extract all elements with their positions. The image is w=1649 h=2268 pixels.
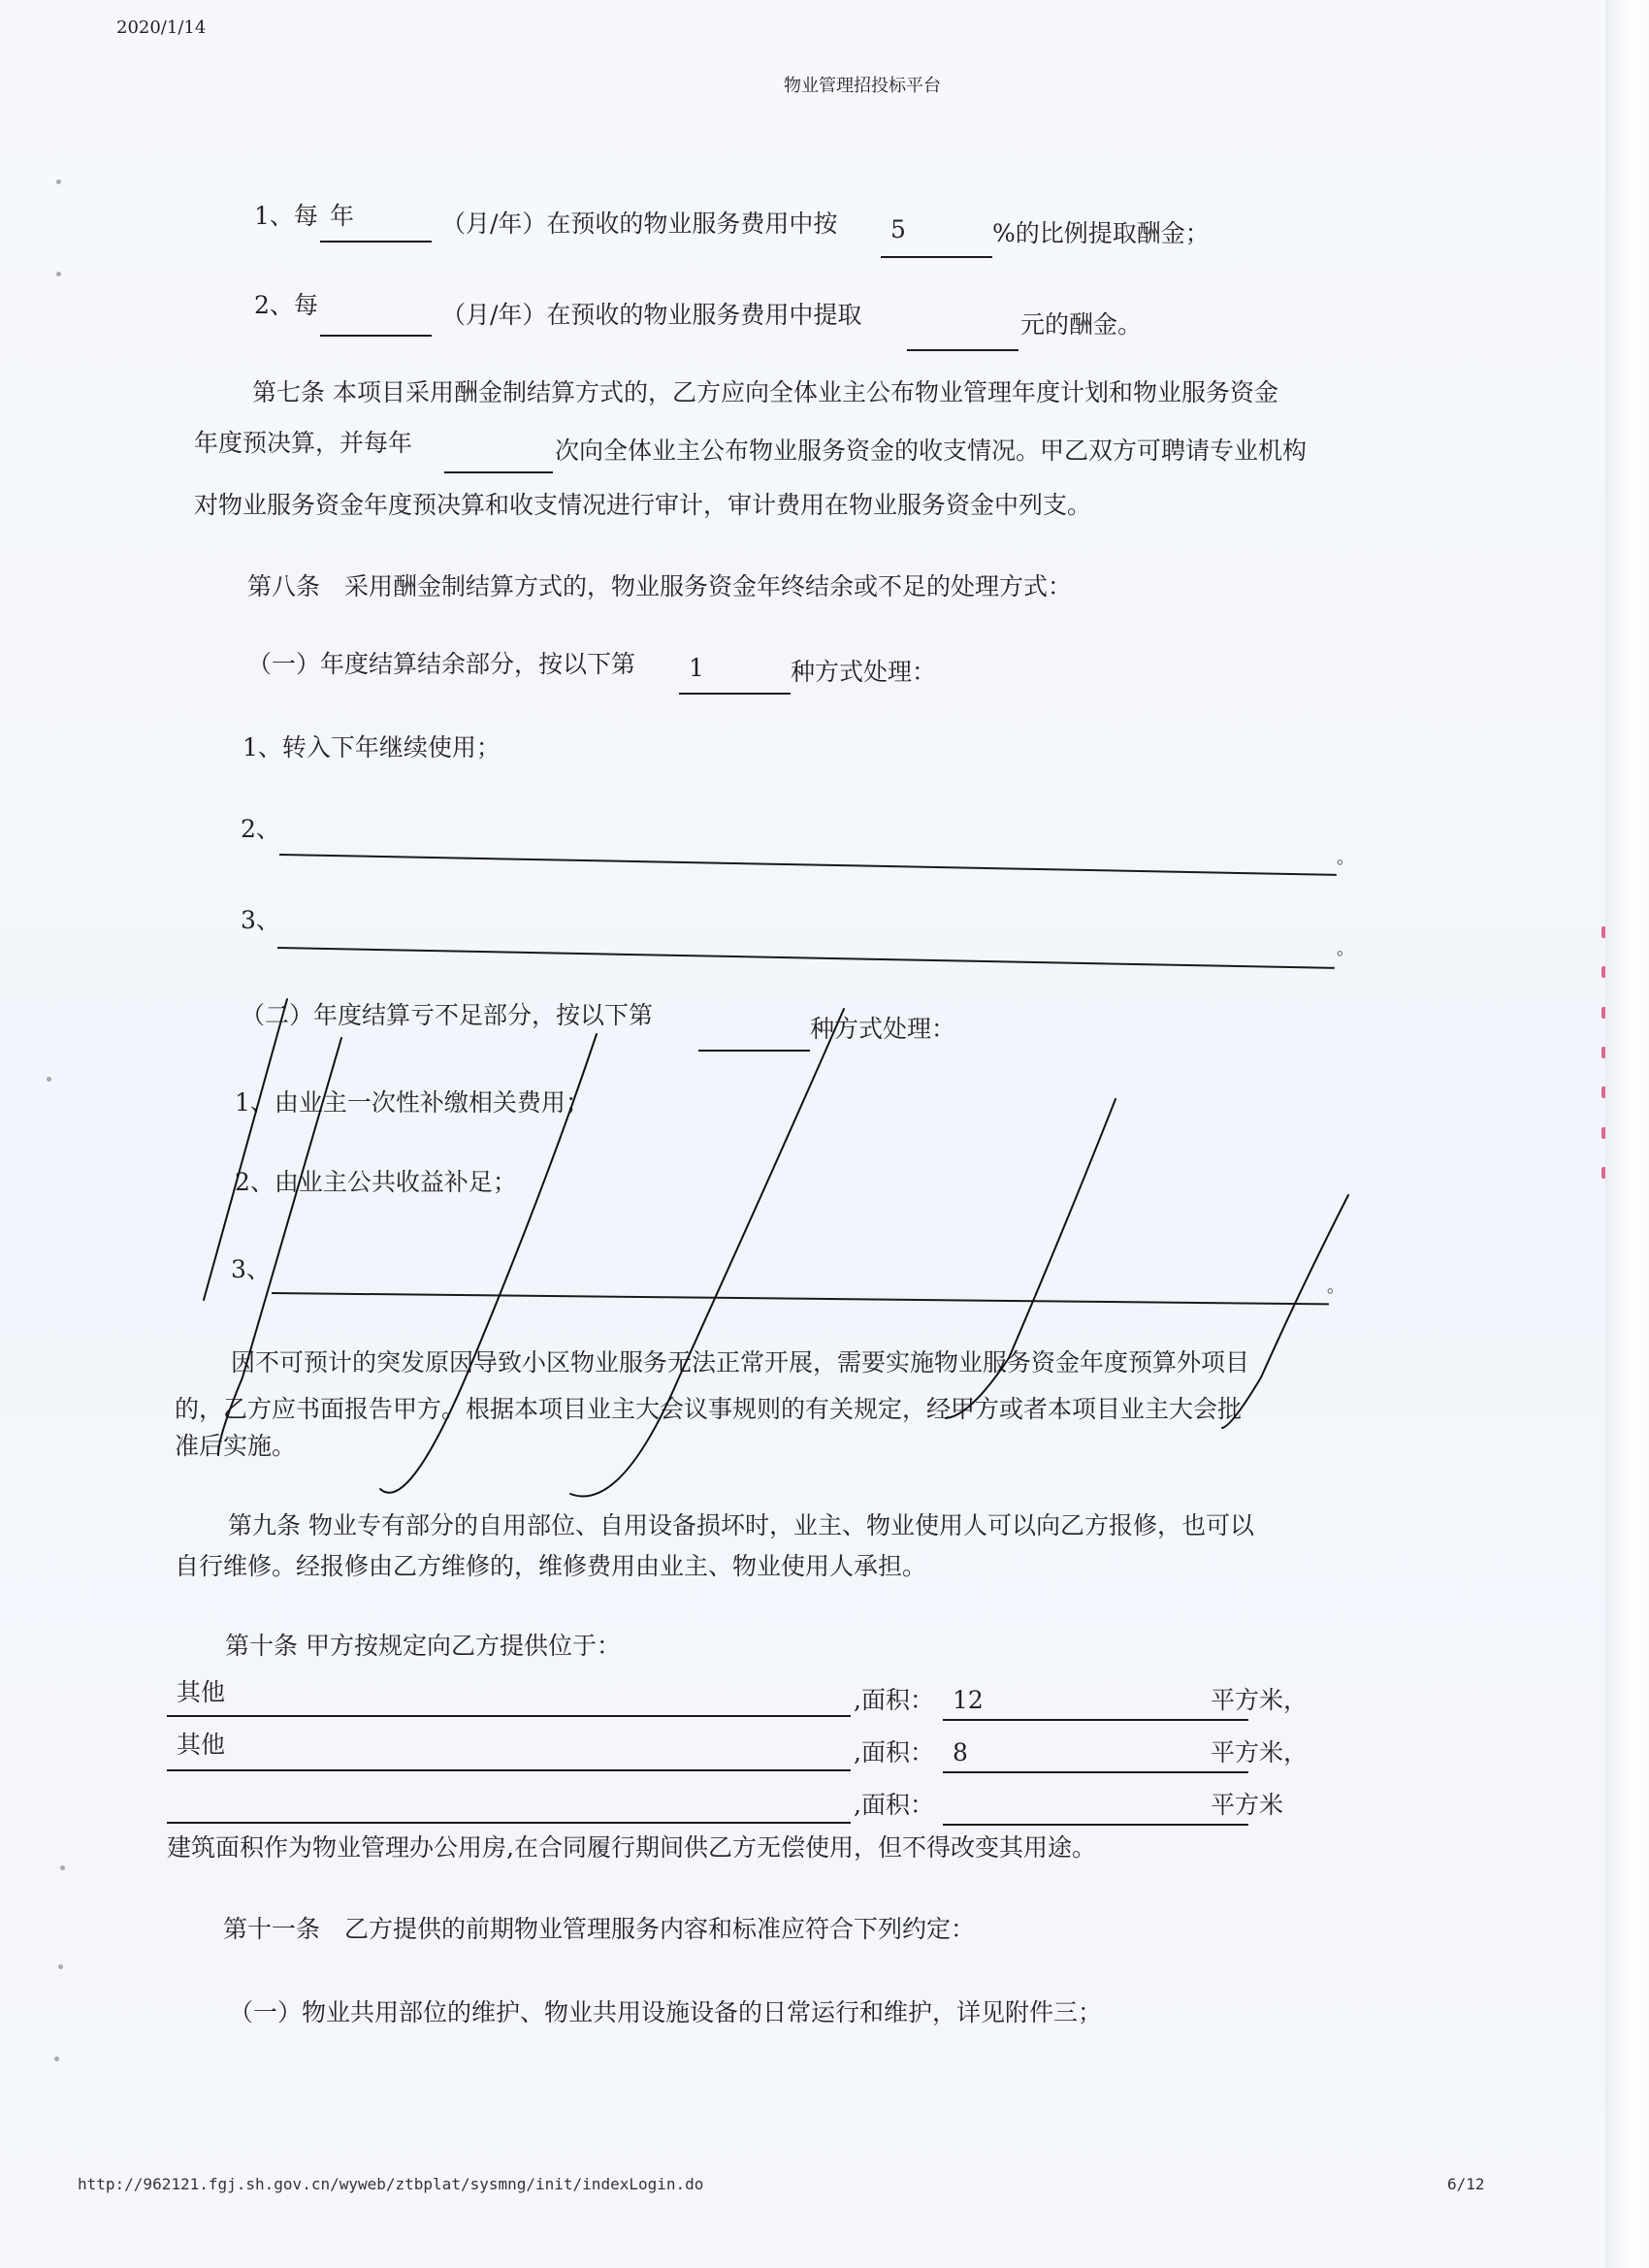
option1-period-blank xyxy=(320,241,432,243)
deficit-option-3: 3、 xyxy=(231,1257,271,1281)
surplus-post: 种方式处理： xyxy=(791,660,936,684)
deficit-post: 种方式处理： xyxy=(810,1017,955,1041)
office-area-label-1: ,面积： xyxy=(854,1688,934,1712)
office-unit-1: 平方米， xyxy=(1211,1688,1308,1712)
article7-line2-post: 次向全体业主公布物业服务资金的收支情况。甲乙双方可聘请专业机构 xyxy=(555,438,1307,463)
option1-prefix: 1、每 xyxy=(254,204,318,228)
option1-suffix: %的比例提取酬金； xyxy=(992,221,1210,245)
office-unit-2: 平方米， xyxy=(1211,1740,1308,1765)
surplus-option-3: 3、 xyxy=(241,908,280,932)
surplus-option-3-blank xyxy=(277,947,1335,969)
surplus-option-3-end: 。 xyxy=(1337,941,1354,958)
print-date: 2020/1/14 xyxy=(116,19,206,37)
surplus-option-2-end: 。 xyxy=(1337,850,1354,867)
office-unit-3: 平方米 xyxy=(1211,1793,1283,1817)
surplus-option-2: 2、 xyxy=(241,817,280,841)
option2-suffix: 元的酬金。 xyxy=(1020,312,1142,337)
scan-speck xyxy=(58,1964,63,1969)
scan-edge xyxy=(1605,0,1649,2268)
option2-amount-blank xyxy=(907,349,1018,351)
scanned-page: 2020/1/14 物业管理招投标平台 1、每 年 （月/年）在预收的物业服务费… xyxy=(0,0,1605,2268)
deficit-option-3-blank xyxy=(272,1292,1329,1305)
office-location-3-blank xyxy=(167,1822,851,1824)
article7-line1: 第七条 本项目采用酬金制结算方式的，乙方应向全体业主公布物业管理年度计划和物业服… xyxy=(252,380,1278,405)
unforeseen-line3: 准后实施。 xyxy=(175,1434,296,1458)
deficit-choice-blank xyxy=(698,1050,810,1052)
scan-speck xyxy=(60,1865,65,1870)
surplus-choice-value: 1 xyxy=(689,656,704,680)
article7-times-blank xyxy=(444,471,553,473)
office-area-1-blank xyxy=(943,1719,1248,1721)
page-header-title: 物业管理招投标平台 xyxy=(784,78,941,95)
article7-line3: 对物业服务资金年度预决算和收支情况进行审计，审计费用在物业服务资金中列支。 xyxy=(194,493,1091,517)
office-area-label-2: ,面积： xyxy=(854,1740,934,1765)
scan-speck xyxy=(54,2057,59,2061)
footer-url: http://962121.fgj.sh.gov.cn/wyweb/ztbpla… xyxy=(78,2177,703,2192)
surplus-option-1: 1、转入下年继续使用； xyxy=(242,735,501,760)
office-area-2-blank xyxy=(943,1771,1248,1773)
office-area-1: 12 xyxy=(953,1688,984,1712)
option1-mid: （月/年）在预收的物业服务费用中按 xyxy=(441,211,837,236)
option1-period-value: 年 xyxy=(330,204,354,228)
surplus-option-2-blank xyxy=(279,854,1337,876)
deficit-pre: （二）年度结算亏不足部分，按以下第 xyxy=(241,1003,653,1027)
option2-mid: （月/年）在预收的物业服务费用中提取 xyxy=(441,303,861,327)
deficit-option-1: 1、由业主一次性补缴相关费用； xyxy=(235,1090,590,1115)
article11-title: 第十一条 乙方提供的前期物业管理服务内容和标准应符合下列约定： xyxy=(223,1917,975,1941)
office-area-label-3: ,面积： xyxy=(854,1793,934,1817)
surplus-pre: （一）年度结算结余部分，按以下第 xyxy=(247,652,635,676)
office-location-2: 其他 xyxy=(177,1733,225,1757)
option1-percent-blank xyxy=(881,256,992,258)
option1-percent-value: 5 xyxy=(890,217,906,242)
office-area-2: 8 xyxy=(953,1740,968,1765)
article9-line2: 自行维修。经报修由乙方维修的，维修费用由业主、物业使用人承担。 xyxy=(175,1554,926,1578)
unforeseen-line1: 因不可预计的突发原因导致小区物业服务无法正常开展，需要实施物业服务资金年度预算外… xyxy=(231,1350,1249,1375)
surplus-choice-blank xyxy=(679,693,791,695)
article10-intro: 第十条 甲方按规定向乙方提供位于： xyxy=(225,1634,621,1658)
option2-period-blank xyxy=(320,335,432,337)
article11-item1: （一）物业共用部位的维护、物业共用设施设备的日常运行和维护，详见附件三； xyxy=(229,2000,1102,2025)
scan-speck xyxy=(56,272,61,276)
option2-prefix: 2、每 xyxy=(254,293,318,317)
scan-speck xyxy=(47,1077,51,1082)
unforeseen-line2: 的，乙方应书面报告甲方。根据本项目业主大会议事规则的有关规定，经甲方或者本项目业… xyxy=(175,1397,1242,1421)
article8-title: 第八条 采用酬金制结算方式的，物业服务资金年终结余或不足的处理方式： xyxy=(247,574,1072,599)
deficit-option-3-end: 。 xyxy=(1327,1279,1344,1296)
office-location-2-blank xyxy=(167,1769,851,1771)
article7-line2-pre: 年度预决算，并每年 xyxy=(194,431,412,455)
deficit-option-2: 2、由业主公共收益补足； xyxy=(235,1170,517,1194)
article9-line1: 第九条 物业专有部分的自用部位、自用设备损坏时，业主、物业使用人可以向乙方报修，… xyxy=(228,1513,1254,1538)
page-number: 6/12 xyxy=(1447,2177,1485,2192)
article10-closing: 建筑面积作为物业管理办公用房,在合同履行期间供乙方无偿使用，但不得改变其用途。 xyxy=(167,1835,1096,1860)
scan-speck xyxy=(56,179,61,184)
office-location-1: 其他 xyxy=(177,1680,225,1704)
office-area-3-blank xyxy=(943,1824,1248,1826)
office-location-1-blank xyxy=(167,1715,851,1717)
